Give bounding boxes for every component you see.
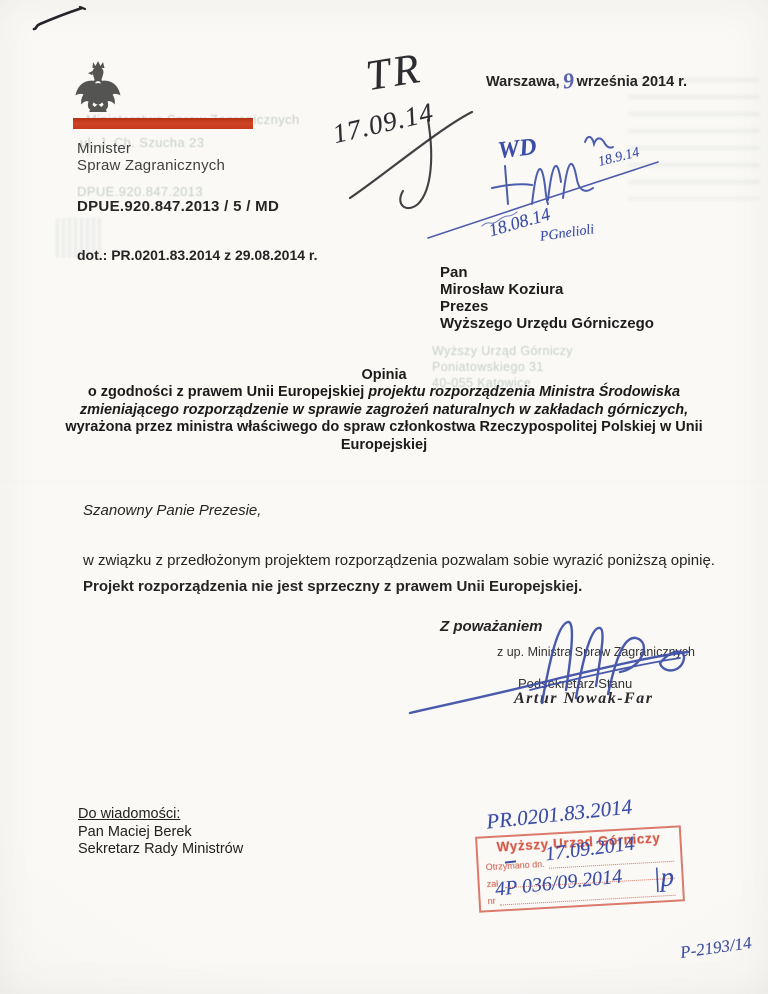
sender-title-line1: Minister [77,140,131,157]
salutation: Szanowny Panie Prezesie, [83,502,261,519]
title-line5: Europejskiej [0,437,768,454]
addressee-line: Mirosław Koziura [440,281,654,298]
pen-slash-mark [26,2,88,34]
reference-number: DPUE.920.847.2013 / 5 / MD [77,198,279,215]
title-line3: zmieniającego rozporządzenie w sprawie z… [0,402,768,419]
addressee-line: Pan [440,264,654,281]
letterhead-red-stripe [73,118,253,129]
stamp-number-label: nr [487,896,496,906]
cc-line: Sekretarz Rady Ministrów [78,841,243,857]
handwritten-day: 9 [561,67,575,94]
addressee-block: Pan Mirosław Koziura Prezes Wyższego Urz… [440,264,654,332]
paper-crease [0,481,768,484]
title-line4: wyrażona przez ministra właściwego do sp… [0,419,768,436]
body-paragraph: w związku z przedłożonym projektem rozpo… [83,552,715,569]
date-city: Warszawa, [486,74,560,90]
handwritten-bottom-reference: P-2193/14 [679,933,753,963]
cc-heading: Do wiadomości: [78,806,180,822]
polish-eagle-emblem [72,58,124,116]
title-line2: o zgodności z prawem Unii Europejskiej p… [0,384,768,401]
addressee-line: Wyższego Urzędu Górniczego [440,315,654,332]
place-date-line: Warszawa, 9 września 2014 r. [486,66,687,92]
addressee-line: Prezes [440,298,654,315]
date-rest: września 2014 r. [577,74,687,90]
handwritten-nr-suffix: |p [652,861,675,893]
ink-signature [330,608,710,743]
scanned-letter-page: Ministerstwo Spraw Zagranicznych ul. J. … [0,0,768,994]
title-line2-plain: o zgodności z prawem Unii Europejskiej [88,384,368,400]
title-heading: Opinia [0,367,768,384]
blue-scribble-strokes [420,130,670,250]
bleedthrough-recipient-line1: Wyższy Urząd Górniczy [432,344,573,359]
sender-title-line2: Spraw Zagranicznych [77,157,225,174]
cc-line: Pan Maciej Berek [78,824,192,840]
body-statement: Projekt rozporządzenia nie jest sprzeczn… [83,578,582,595]
regarding-line: dot.: PR.0201.83.2014 z 29.08.2014 r. [77,247,318,263]
bleedthrough-reference: DPUE.920.847.2013 [77,184,203,199]
title-line2-italic: projektu rozporządzenia Ministra Środowi… [368,384,680,400]
letter-title: Opinia o zgodności z prawem Unii Europej… [0,367,768,454]
